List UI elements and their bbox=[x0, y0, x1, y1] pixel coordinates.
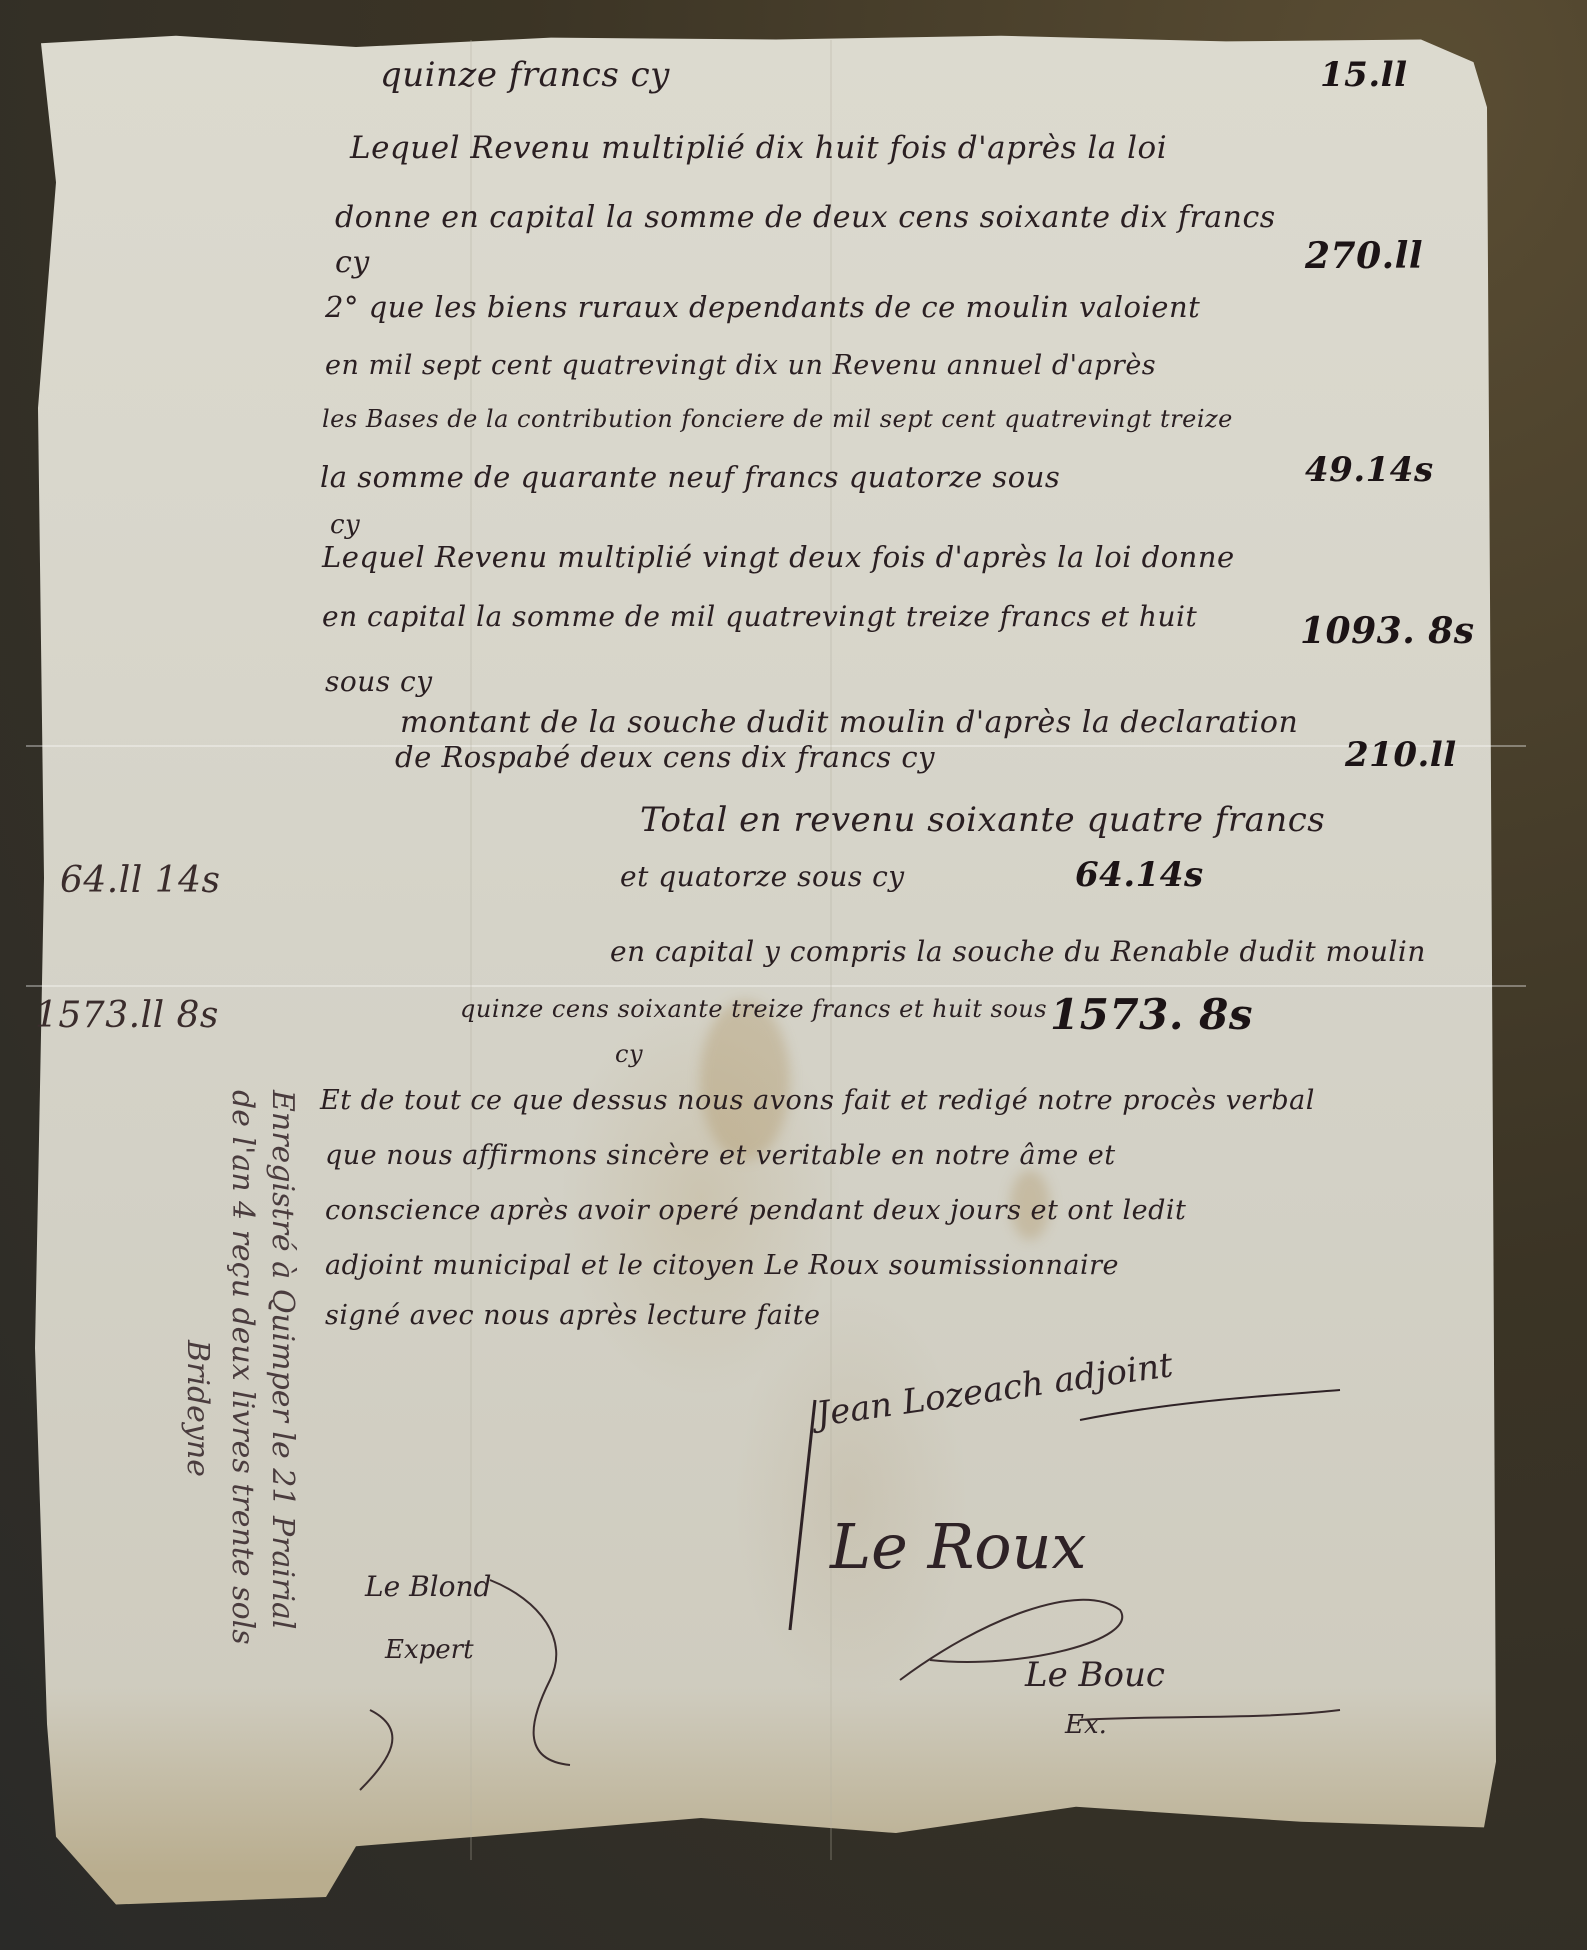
body-line: cy bbox=[615, 1040, 643, 1068]
closing-line: conscience après avoir operé pendant deu… bbox=[325, 1195, 1186, 1226]
body-line: en mil sept cent quatrevingt dix un Reve… bbox=[325, 350, 1156, 381]
signature-flourish bbox=[780, 1380, 1480, 1740]
body-line: montant de la souche dudit moulin d'aprè… bbox=[400, 705, 1298, 740]
amount: 210.ll bbox=[1345, 735, 1457, 775]
amount: 1573. 8s bbox=[1050, 990, 1253, 1039]
body-line: quinze francs cy bbox=[380, 55, 670, 95]
amount: 49.14s bbox=[1305, 450, 1434, 490]
body-line: en capital la somme de mil quatrevingt t… bbox=[322, 600, 1197, 633]
body-line: en capital y compris la souche du Renabl… bbox=[610, 935, 1426, 968]
body-line: sous cy bbox=[325, 665, 433, 698]
body-line: donne en capital la somme de deux cens s… bbox=[335, 200, 1276, 235]
fold-crease bbox=[26, 985, 1526, 987]
closing-line: que nous affirmons sincère et veritable … bbox=[325, 1140, 1116, 1171]
body-line: et quatorze sous cy bbox=[620, 860, 905, 893]
amount: 64.14s bbox=[1075, 855, 1204, 895]
margin-total: 1573.ll 8s bbox=[35, 995, 219, 1036]
closing-line: Et de tout ce que dessus nous avons fait… bbox=[320, 1085, 1315, 1116]
closing-line: adjoint municipal et le citoyen Le Roux … bbox=[325, 1250, 1119, 1281]
body-line: Lequel Revenu multiplié dix huit fois d'… bbox=[350, 130, 1167, 166]
body-line: Lequel Revenu multiplié vingt deux fois … bbox=[322, 540, 1235, 574]
body-line: cy bbox=[335, 245, 370, 280]
annotation-line: Brideyne bbox=[180, 1340, 215, 1477]
body-line: Total en revenu soixante quatre francs bbox=[640, 800, 1325, 840]
annotation-line: Enregistré à Quimper le 21 Prairial bbox=[265, 1090, 300, 1629]
closing-line: signé avec nous après lecture faite bbox=[325, 1300, 820, 1331]
amount: 1093. 8s bbox=[1300, 610, 1475, 652]
margin-total: 64.ll 14s bbox=[60, 860, 221, 901]
body-line: les Bases de la contribution fonciere de… bbox=[322, 405, 1233, 433]
annotation-line: de l'an 4 reçu deux livres trente sols bbox=[225, 1090, 260, 1645]
signature-flourish bbox=[330, 1560, 630, 1810]
body-line: 2° que les biens ruraux dependants de ce… bbox=[325, 290, 1200, 324]
body-line: cy bbox=[330, 510, 360, 540]
body-line: la somme de quarante neuf francs quatorz… bbox=[320, 460, 1060, 494]
body-line: quinze cens soixante treize francs et hu… bbox=[460, 995, 1047, 1023]
amount: 270.ll bbox=[1305, 235, 1423, 277]
amount: 15.ll bbox=[1320, 55, 1407, 95]
stain bbox=[700, 1000, 790, 1160]
body-line: de Rospabé deux cens dix francs cy bbox=[395, 740, 935, 774]
